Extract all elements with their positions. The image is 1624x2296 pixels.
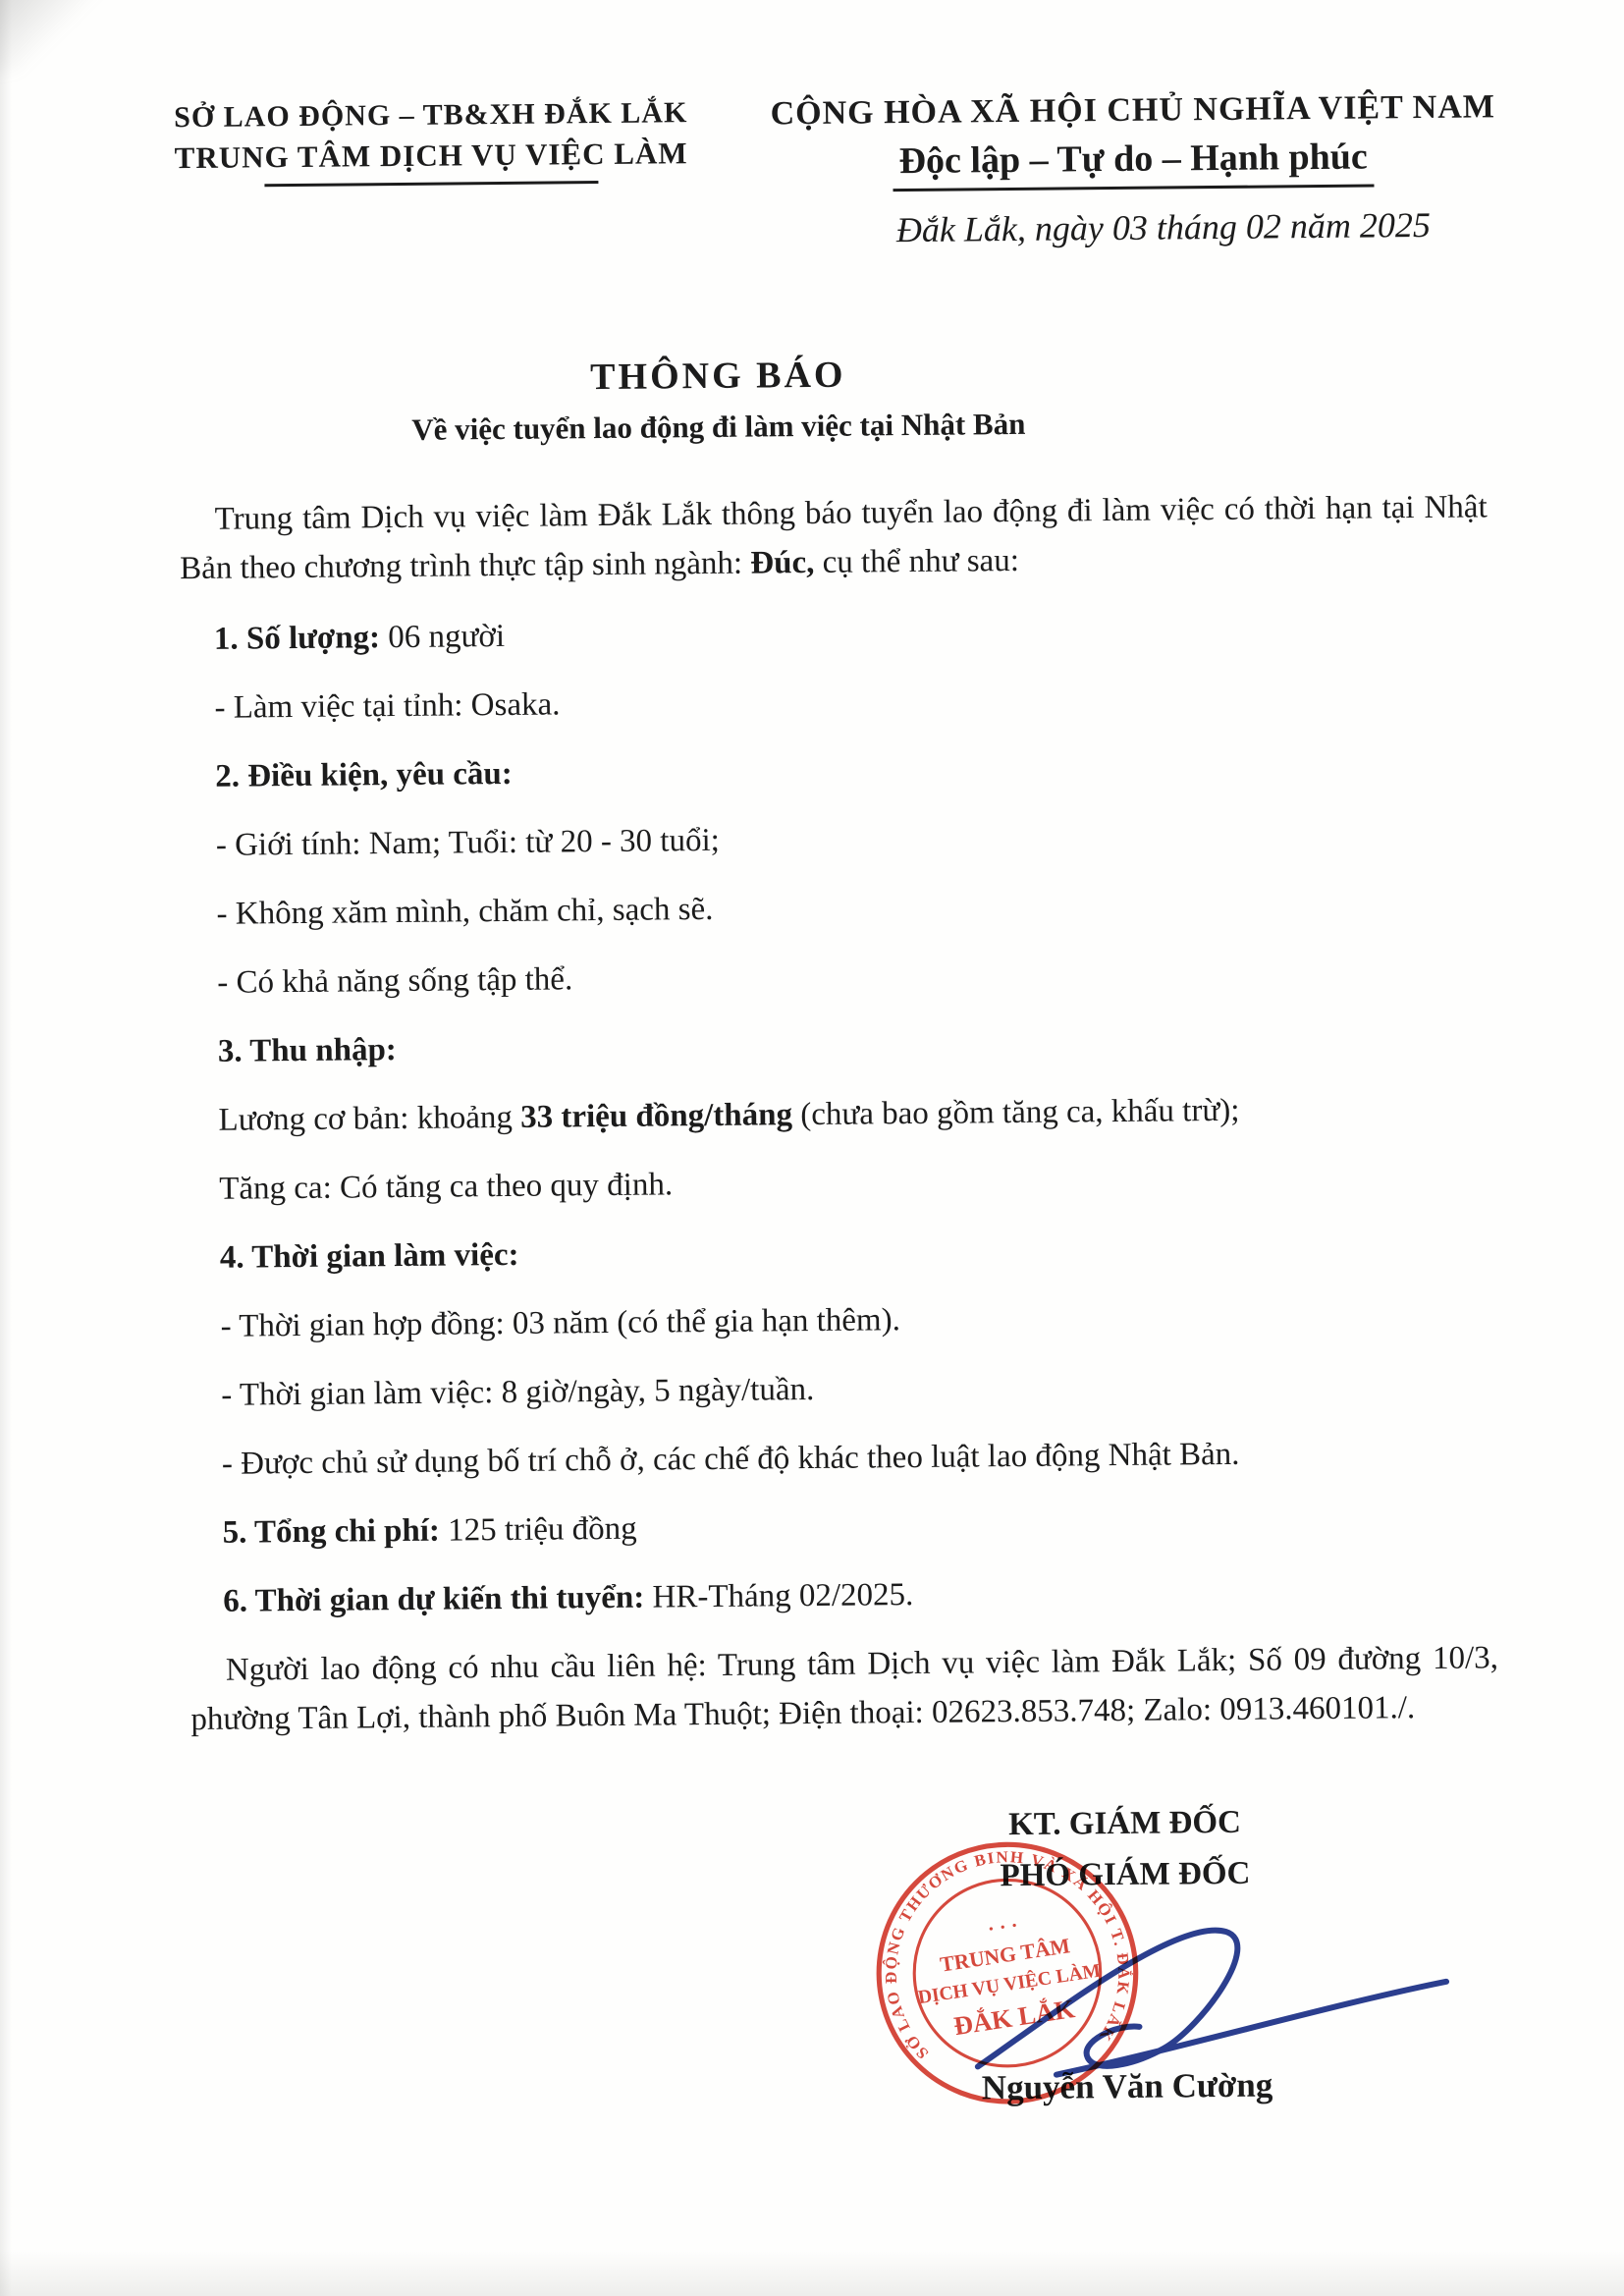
intro-paragraph: Trung tâm Dịch vụ việc làm Đắk Lắk thông… [179, 482, 1488, 593]
line-text: - Giới tính: Nam; Tuổi: từ 20 - 30 tuổi; [216, 823, 720, 863]
contact-paragraph: Người lao động có nhu cầu liên hệ: Trung… [190, 1633, 1499, 1744]
national-header-block: CỘNG HÒA XÃ HỘI CHỦ NGHĨA VIỆT NAM Độc l… [735, 85, 1533, 254]
line-worktime-heading: 4. Thời gian làm việc: [187, 1211, 1495, 1292]
signature-strokes [977, 1928, 1447, 2075]
issuing-agency-block: SỞ LAO ĐỘNG – TB&XH ĐẮK LẮK TRUNG TÂM DỊ… [127, 93, 736, 189]
line-accommodation: - Được chủ sử dụng bố trí chỗ ở, các chế… [189, 1417, 1497, 1499]
line-text: 125 triệu đồng [440, 1511, 637, 1549]
line-bold: 2. Điều kiện, yêu cầu: [215, 756, 513, 794]
line-overtime: Tăng ca: Có tăng ca theo quy định. [186, 1142, 1494, 1224]
line-text: - Được chủ sử dụng bố trí chỗ ở, các chế… [222, 1437, 1240, 1482]
body-lines: 1. Số lượng: 06 người - Làm việc tại tỉn… [181, 592, 1498, 1636]
line-text: Tăng ca: Có tăng ca theo quy định. [219, 1167, 673, 1206]
line-contract-duration: - Thời gian hợp đồng: 03 năm (có thể gia… [187, 1280, 1495, 1361]
page-content: SỞ LAO ĐỘNG – TB&XH ĐẮK LẮK TRUNG TÂM DỊ… [0, 0, 1624, 2296]
line-text: - Không xăm mình, chăm chỉ, sạch sẽ. [216, 892, 713, 932]
scan-corner-smudge [0, 0, 112, 73]
line-text: - Thời gian làm việc: 8 giờ/ngày, 5 ngày… [221, 1372, 814, 1413]
line-text: (chưa bao gồm tăng ca, khấu trừ); [792, 1093, 1240, 1132]
line-text: HR-Tháng 02/2025. [644, 1577, 913, 1615]
national-title: CỘNG HÒA XÃ HỘI CHỦ NGHĨA VIỆT NAM [735, 85, 1531, 137]
line-working-hours: - Thời gian làm việc: 8 giờ/ngày, 5 ngày… [188, 1348, 1496, 1430]
intro-text-bold: Đúc, [750, 545, 814, 581]
line-conditions-heading: 2. Điều kiện, yêu cầu: [182, 730, 1490, 811]
line-text: - Làm việc tại tỉnh: Osaka. [214, 686, 560, 725]
scan-bottom-edge-shadow [0, 2251, 1624, 2296]
line-communal-living: - Có khả năng sống tập thể. [184, 936, 1492, 1017]
line-exam-schedule: 6. Thời gian dự kiến thi tuyển: HR-Tháng… [189, 1555, 1498, 1636]
line-bold: 33 triệu đồng/tháng [520, 1097, 792, 1135]
line-text: - Có khả năng sống tập thể. [217, 961, 572, 1000]
line-quantity: 1. Số lượng: 06 người [181, 592, 1489, 674]
line-text: 06 người [380, 619, 505, 655]
line-gender-age: - Giới tính: Nam; Tuổi: từ 20 - 30 tuổi; [183, 798, 1491, 880]
line-bold: 1. Số lượng: [214, 620, 381, 657]
handwritten-signature [939, 1887, 1461, 2089]
line-total-cost: 5. Tổng chi phí: 125 triệu đồng [189, 1486, 1497, 1567]
line-work-location: - Làm việc tại tỉnh: Osaka. [181, 661, 1489, 742]
line-bold: 3. Thu nhập: [218, 1032, 397, 1069]
line-base-salary: Lương cơ bản: khoảng 33 triệu đồng/tháng… [185, 1073, 1493, 1155]
intro-text-post: cụ thể như sau: [814, 543, 1019, 580]
date-line: Đắk Lắk, ngày 03 tháng 02 năm 2025 [736, 201, 1532, 254]
national-motto-wrap: Độc lập – Tự do – Hạnh phúc [735, 133, 1531, 193]
document-title: THÔNG BÁO [0, 346, 1445, 407]
line-text: - Thời gian hợp đồng: 03 năm (có thể gia… [220, 1302, 900, 1344]
agency-parent-name: SỞ LAO ĐỘNG – TB&XH ĐẮK LẮK [127, 93, 735, 138]
title-block: THÔNG BÁO Về việc tuyển lao động đi làm … [0, 346, 1445, 456]
line-bold: 6. Thời gian dự kiến thi tuyển: [223, 1580, 644, 1619]
agency-name: TRUNG TÂM DỊCH VỤ VIỆC LÀM [127, 133, 735, 180]
scan-left-edge-shadow [0, 0, 12, 2296]
line-no-tattoo: - Không xăm mình, chăm chỉ, sạch sẽ. [183, 867, 1491, 949]
line-bold: 4. Thời gian làm việc: [220, 1237, 519, 1276]
agency-underline [264, 181, 598, 187]
scanned-document-page: SỞ LAO ĐỘNG – TB&XH ĐẮK LẮK TRUNG TÂM DỊ… [0, 0, 1624, 2296]
line-bold: 5. Tổng chi phí: [222, 1513, 440, 1551]
line-income-heading: 3. Thu nhập: [185, 1005, 1493, 1086]
line-text: Lương cơ bản: khoảng [218, 1100, 520, 1138]
document-subtitle: Về việc tuyển lao động đi làm việc tại N… [0, 399, 1445, 456]
national-motto: Độc lập – Tự do – Hạnh phúc [893, 134, 1374, 191]
document-body: Trung tâm Dịch vụ việc làm Đắk Lắk thông… [179, 482, 1498, 1744]
